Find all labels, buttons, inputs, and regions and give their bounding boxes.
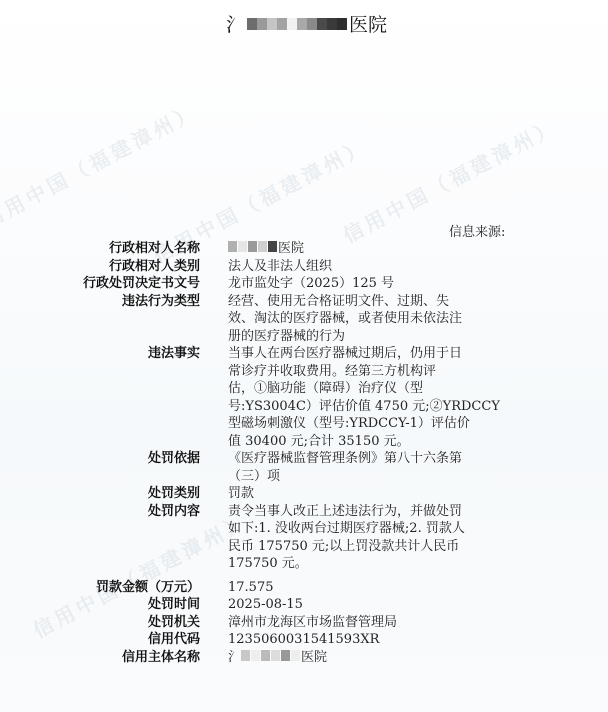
field-row: 处罚类别 罚款 [0,485,608,503]
field-value: 12350600315415​93XR [228,631,503,649]
field-label: 处罚类别 [0,485,228,503]
field-value: 《医疗器械监督管理条例》第八十六条第 （三）项 [228,450,503,485]
field-row: 违法事实 当事人在两台医疗器械过期后，仍用于日 常诊疗并收取费用。经第三方机构评… [0,345,608,450]
field-row: 处罚依据 《医疗器械监督管理条例》第八十六条第 （三）项 [0,450,608,485]
field-value: 氵 医院 [228,649,503,667]
field-label: 处罚内容 [0,503,228,573]
field-label: 信用代码 [0,631,228,649]
redaction-mosaic [228,241,278,252]
info-source-label: 信息来源: [449,221,505,240]
field-row: 信用代码 12350600315415​93XR [0,631,608,649]
field-value: 当事人在两台医疗器械过期后，仍用于日 常诊疗并收取费用。经第三方机构评 估，①脑… [228,345,503,450]
redaction-mosaic [247,18,347,30]
field-label: 行政相对人名称 [0,240,228,258]
field-value: 17.575 [228,579,503,597]
field-label: 处罚机关 [0,614,228,632]
field-row: 违法行为类型 经营、使用无合格证明文件、过期、失 效、淘汰的医疗器械，或者使用未… [0,293,608,346]
title-prefix: 氵 [226,10,245,37]
field-value: 2025-08-15 [228,596,503,614]
field-value: 漳州市龙海区市场监督管理局 [228,614,503,632]
field-value: 罚款 [228,485,503,503]
field-label: 处罚时间 [0,596,228,614]
field-row: 信用主体名称 氵 医院 [0,649,608,667]
field-value: 责令当事人改正上述违法行为，并做处罚 如下:1. 没收两台过期医疗器械;2. 罚… [228,503,503,573]
field-label: 信用主体名称 [0,649,228,667]
field-label: 行政相对人类别 [0,258,228,276]
field-value: 经营、使用无合格证明文件、过期、失 效、淘汰的医疗器械，或者使用未依法注 册的医… [228,293,503,346]
field-row: 行政处罚决定书文号 龙市监处字（2025）125 号 [0,275,608,293]
field-value: 龙市监处字（2025）125 号 [228,275,503,293]
document-title: 氵 医院 [226,10,387,37]
field-value: 法人及非法人组织 [228,258,503,276]
field-row: 处罚机关 漳州市龙海区市场监督管理局 [0,614,608,632]
field-label: 罚款金额（万元） [0,579,228,597]
field-label: 违法事实 [0,345,228,450]
field-label: 行政处罚决定书文号 [0,275,228,293]
field-label: 违法行为类型 [0,293,228,346]
title-suffix: 医院 [349,10,387,37]
field-label: 处罚依据 [0,450,228,485]
field-value: 医院 [228,240,503,258]
field-row: 行政相对人类别 法人及非法人组织 [0,258,608,276]
field-row: 行政相对人名称 医院 [0,240,608,258]
redaction-mosaic [241,650,301,661]
field-row: 罚款金额（万元） 17.575 [0,579,608,597]
field-row: 处罚时间 2025-08-15 [0,596,608,614]
field-row: 处罚内容 责令当事人改正上述违法行为，并做处罚 如下:1. 没收两台过期医疗器械… [0,503,608,573]
penalty-record-table: 行政相对人名称 医院 行政相对人类别 法人及非法人组织 行政处罚决定书文号 龙市… [0,240,608,666]
